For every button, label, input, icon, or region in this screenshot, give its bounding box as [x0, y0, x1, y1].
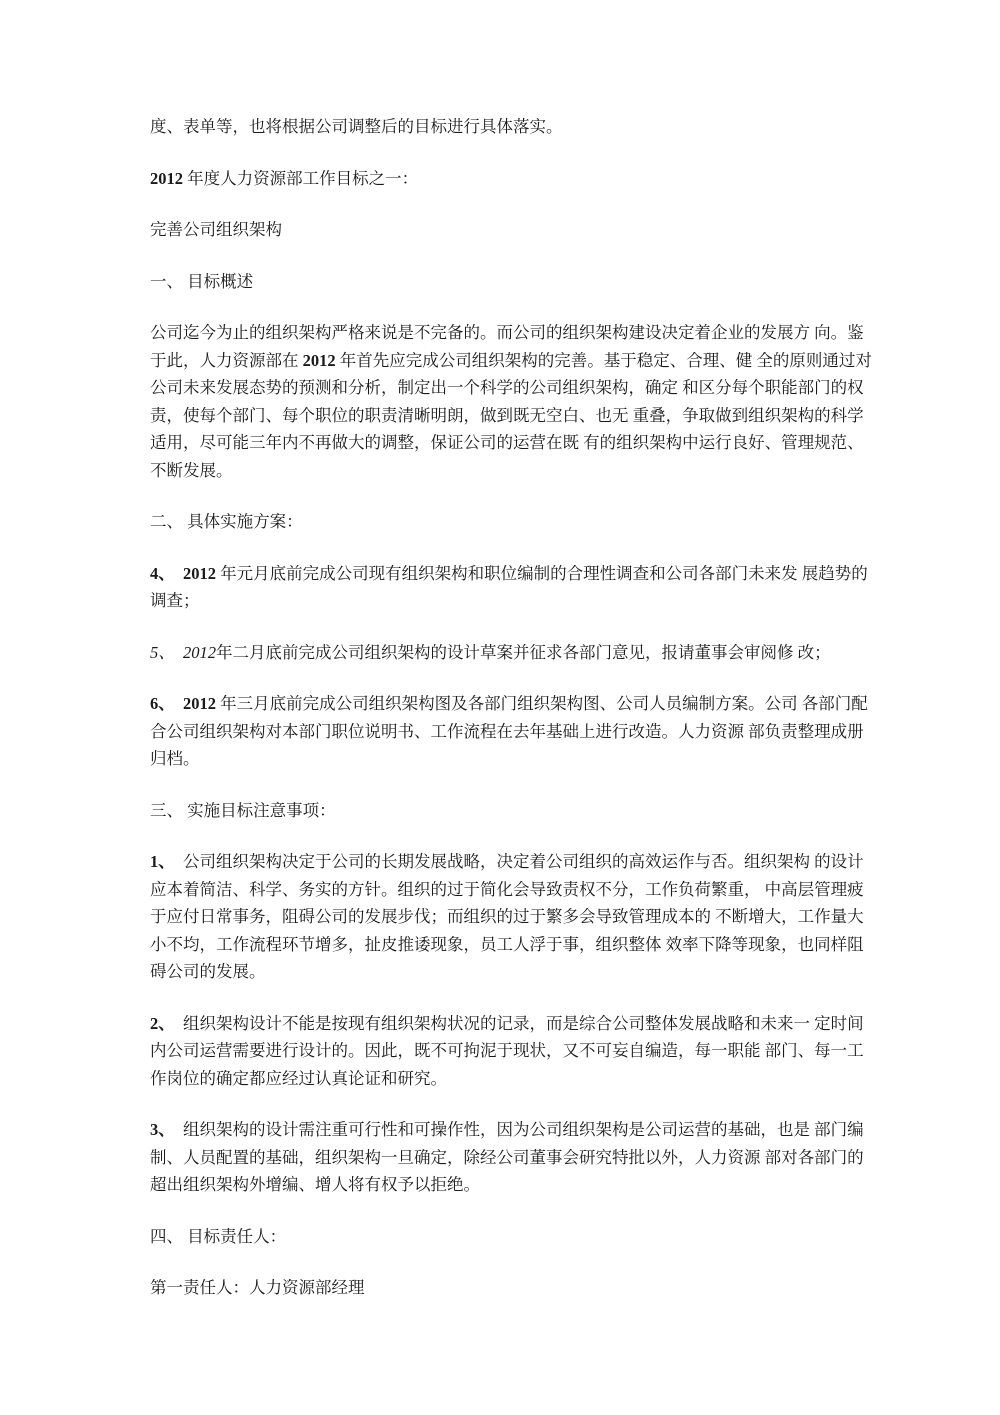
text-run-bold: 2、: [150, 1014, 175, 1033]
text-run: 组织架构的设计需注重可行性和可操作性，因为公司组织架构是公司运营的基础，也是 部…: [150, 1120, 864, 1194]
text-run-bold: 2012: [183, 564, 216, 583]
text-run-bold: 1、: [150, 852, 175, 871]
text-run-bold: 6、: [150, 694, 175, 713]
text-run: 完善公司组织架构: [150, 220, 282, 239]
text-run-bold: 2012: [150, 169, 183, 188]
text-run-bold: 3、: [150, 1120, 175, 1139]
heading-section-4: 四、 目标责任人：: [150, 1223, 872, 1251]
text-run: 二、 具体实施方案：: [150, 512, 303, 531]
text-run: 三、 实施目标注意事项：: [150, 801, 336, 820]
heading-section-1: 一、 目标概述: [150, 268, 872, 296]
text-run: 年度人力资源部工作目标之一：: [183, 169, 418, 188]
text-run: 年二月底前完成公司组织架构的设计草案并征求各部门意见，报请董事会审阅修 改；: [216, 643, 831, 662]
text-run: 第一责任人：人力资源部经理: [150, 1278, 365, 1297]
text-run: 年元月底前完成公司现有组织架构和职位编制的合理性调查和公司各部门未来发 展趋势的…: [150, 564, 868, 611]
paragraph-note-2: 2、 组织架构设计不能是按现有组织架构状况的记录，而是综合公司整体发展战略和未来…: [150, 1010, 872, 1093]
document-page: 度、表单等，也将根据公司调整后的目标进行具体落实。2012 年度人力资源部工作目…: [0, 0, 1000, 1415]
text-run-bold: 4、: [150, 564, 175, 583]
paragraph-subtitle: 完善公司组织架构: [150, 216, 872, 244]
text-run: 度、表单等，也将根据公司调整后的目标进行具体落实。: [150, 117, 563, 136]
text-run: [175, 643, 183, 662]
text-run: 公司组织架构决定于公司的长期发展战略，决定着公司组织的高效运作与否。组织架构 的…: [150, 852, 864, 981]
text-run: 年三月底前完成公司组织架构图及各部门组织架构图、公司人员编制方案。公司 各部门配…: [150, 694, 868, 768]
text-run-bold: 2012: [183, 694, 216, 713]
paragraph-note-3: 3、 组织架构的设计需注重可行性和可操作性，因为公司组织架构是公司运营的基础，也…: [150, 1116, 872, 1199]
paragraph-note-1: 1、 公司组织架构决定于公司的长期发展战略，决定着公司组织的高效运作与否。组织架…: [150, 848, 872, 986]
paragraph-doc-title: 2012 年度人力资源部工作目标之一：: [150, 165, 872, 193]
text-run-italic: 5、: [150, 643, 175, 662]
heading-section-2: 二、 具体实施方案：: [150, 508, 872, 536]
text-run: 四、 目标责任人：: [150, 1227, 286, 1246]
text-run: 组织架构设计不能是按现有组织架构状况的记录，而是综合公司整体发展战略和未来一 定…: [150, 1014, 864, 1088]
paragraph-item-6: 6、 2012 年三月底前完成公司组织架构图及各部门组织架构图、公司人员编制方案…: [150, 690, 872, 773]
document-body: 度、表单等，也将根据公司调整后的目标进行具体落实。2012 年度人力资源部工作目…: [150, 113, 872, 1326]
text-run: [175, 564, 183, 583]
paragraph-overview: 公司迄今为止的组织架构严格来说是不完备的。而公司的组织架构建设决定着企业的发展方…: [150, 319, 872, 484]
text-run: 一、 目标概述: [150, 272, 253, 291]
paragraph-responsible-person: 第一责任人：人力资源部经理: [150, 1274, 872, 1302]
paragraph-intro-tail: 度、表单等，也将根据公司调整后的目标进行具体落实。: [150, 113, 872, 141]
paragraph-item-4: 4、 2012 年元月底前完成公司现有组织架构和职位编制的合理性调查和公司各部门…: [150, 560, 872, 615]
text-run: [175, 694, 183, 713]
text-run-italic: 2012: [183, 643, 216, 662]
heading-section-3: 三、 实施目标注意事项：: [150, 797, 872, 825]
paragraph-item-5: 5、 2012年二月底前完成公司组织架构的设计草案并征求各部门意见，报请董事会审…: [150, 639, 872, 667]
text-run-bold: 2012: [303, 351, 336, 370]
